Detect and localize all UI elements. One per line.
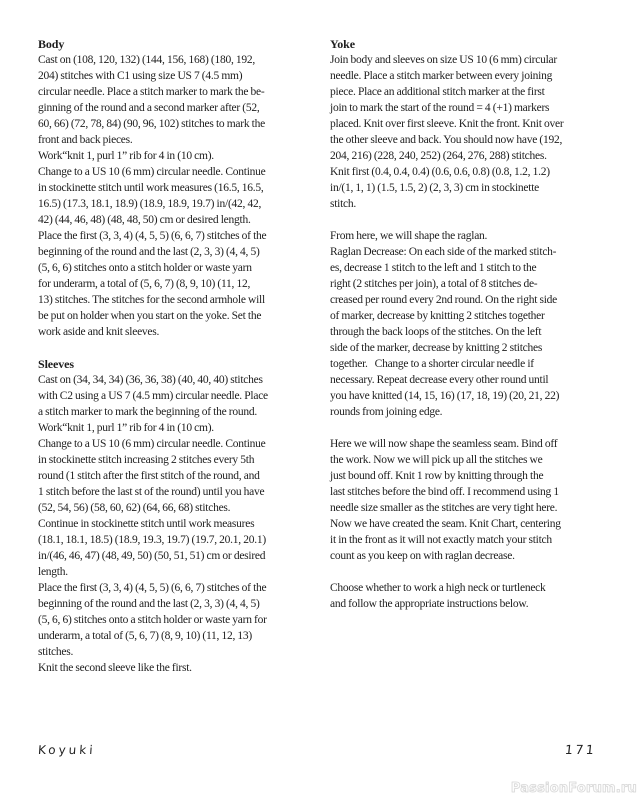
yoke-neck-choice-paragraph: Choose whether to work a high neck or tu…: [330, 580, 620, 612]
section-heading-sleeves: Sleeves: [38, 356, 324, 372]
section-body: Body Cast on (108, 120, 132) (144, 156, …: [38, 36, 324, 340]
section-heading-body: Body: [38, 36, 324, 52]
body-instructions-paragraph: Cast on (108, 120, 132) (144, 156, 168) …: [38, 52, 324, 340]
left-column: Body Cast on (108, 120, 132) (144, 156, …: [38, 36, 324, 676]
section-sleeves: Sleeves Cast on (34, 34, 34) (36, 36, 38…: [38, 356, 324, 676]
section-heading-yoke: Yoke: [330, 36, 620, 52]
yoke-seamless-seam-paragraph: Here we will now shape the seamless seam…: [330, 436, 620, 564]
section-yoke: Yoke Join body and sleeves on size US 10…: [330, 36, 620, 612]
yoke-raglan-decrease-paragraph: From here, we will shape the raglan. Rag…: [330, 228, 620, 420]
page-number: 171: [564, 742, 597, 757]
sleeves-instructions-paragraph: Cast on (34, 34, 34) (36, 36, 38) (40, 4…: [38, 372, 324, 676]
footer-author: Koyuki: [38, 743, 97, 757]
right-column: Yoke Join body and sleeves on size US 10…: [330, 36, 620, 612]
pattern-page: Body Cast on (108, 120, 132) (144, 156, …: [0, 0, 640, 800]
watermark: PassionForum.ru: [511, 781, 637, 796]
yoke-join-paragraph: Join body and sleeves on size US 10 (6 m…: [330, 52, 620, 212]
